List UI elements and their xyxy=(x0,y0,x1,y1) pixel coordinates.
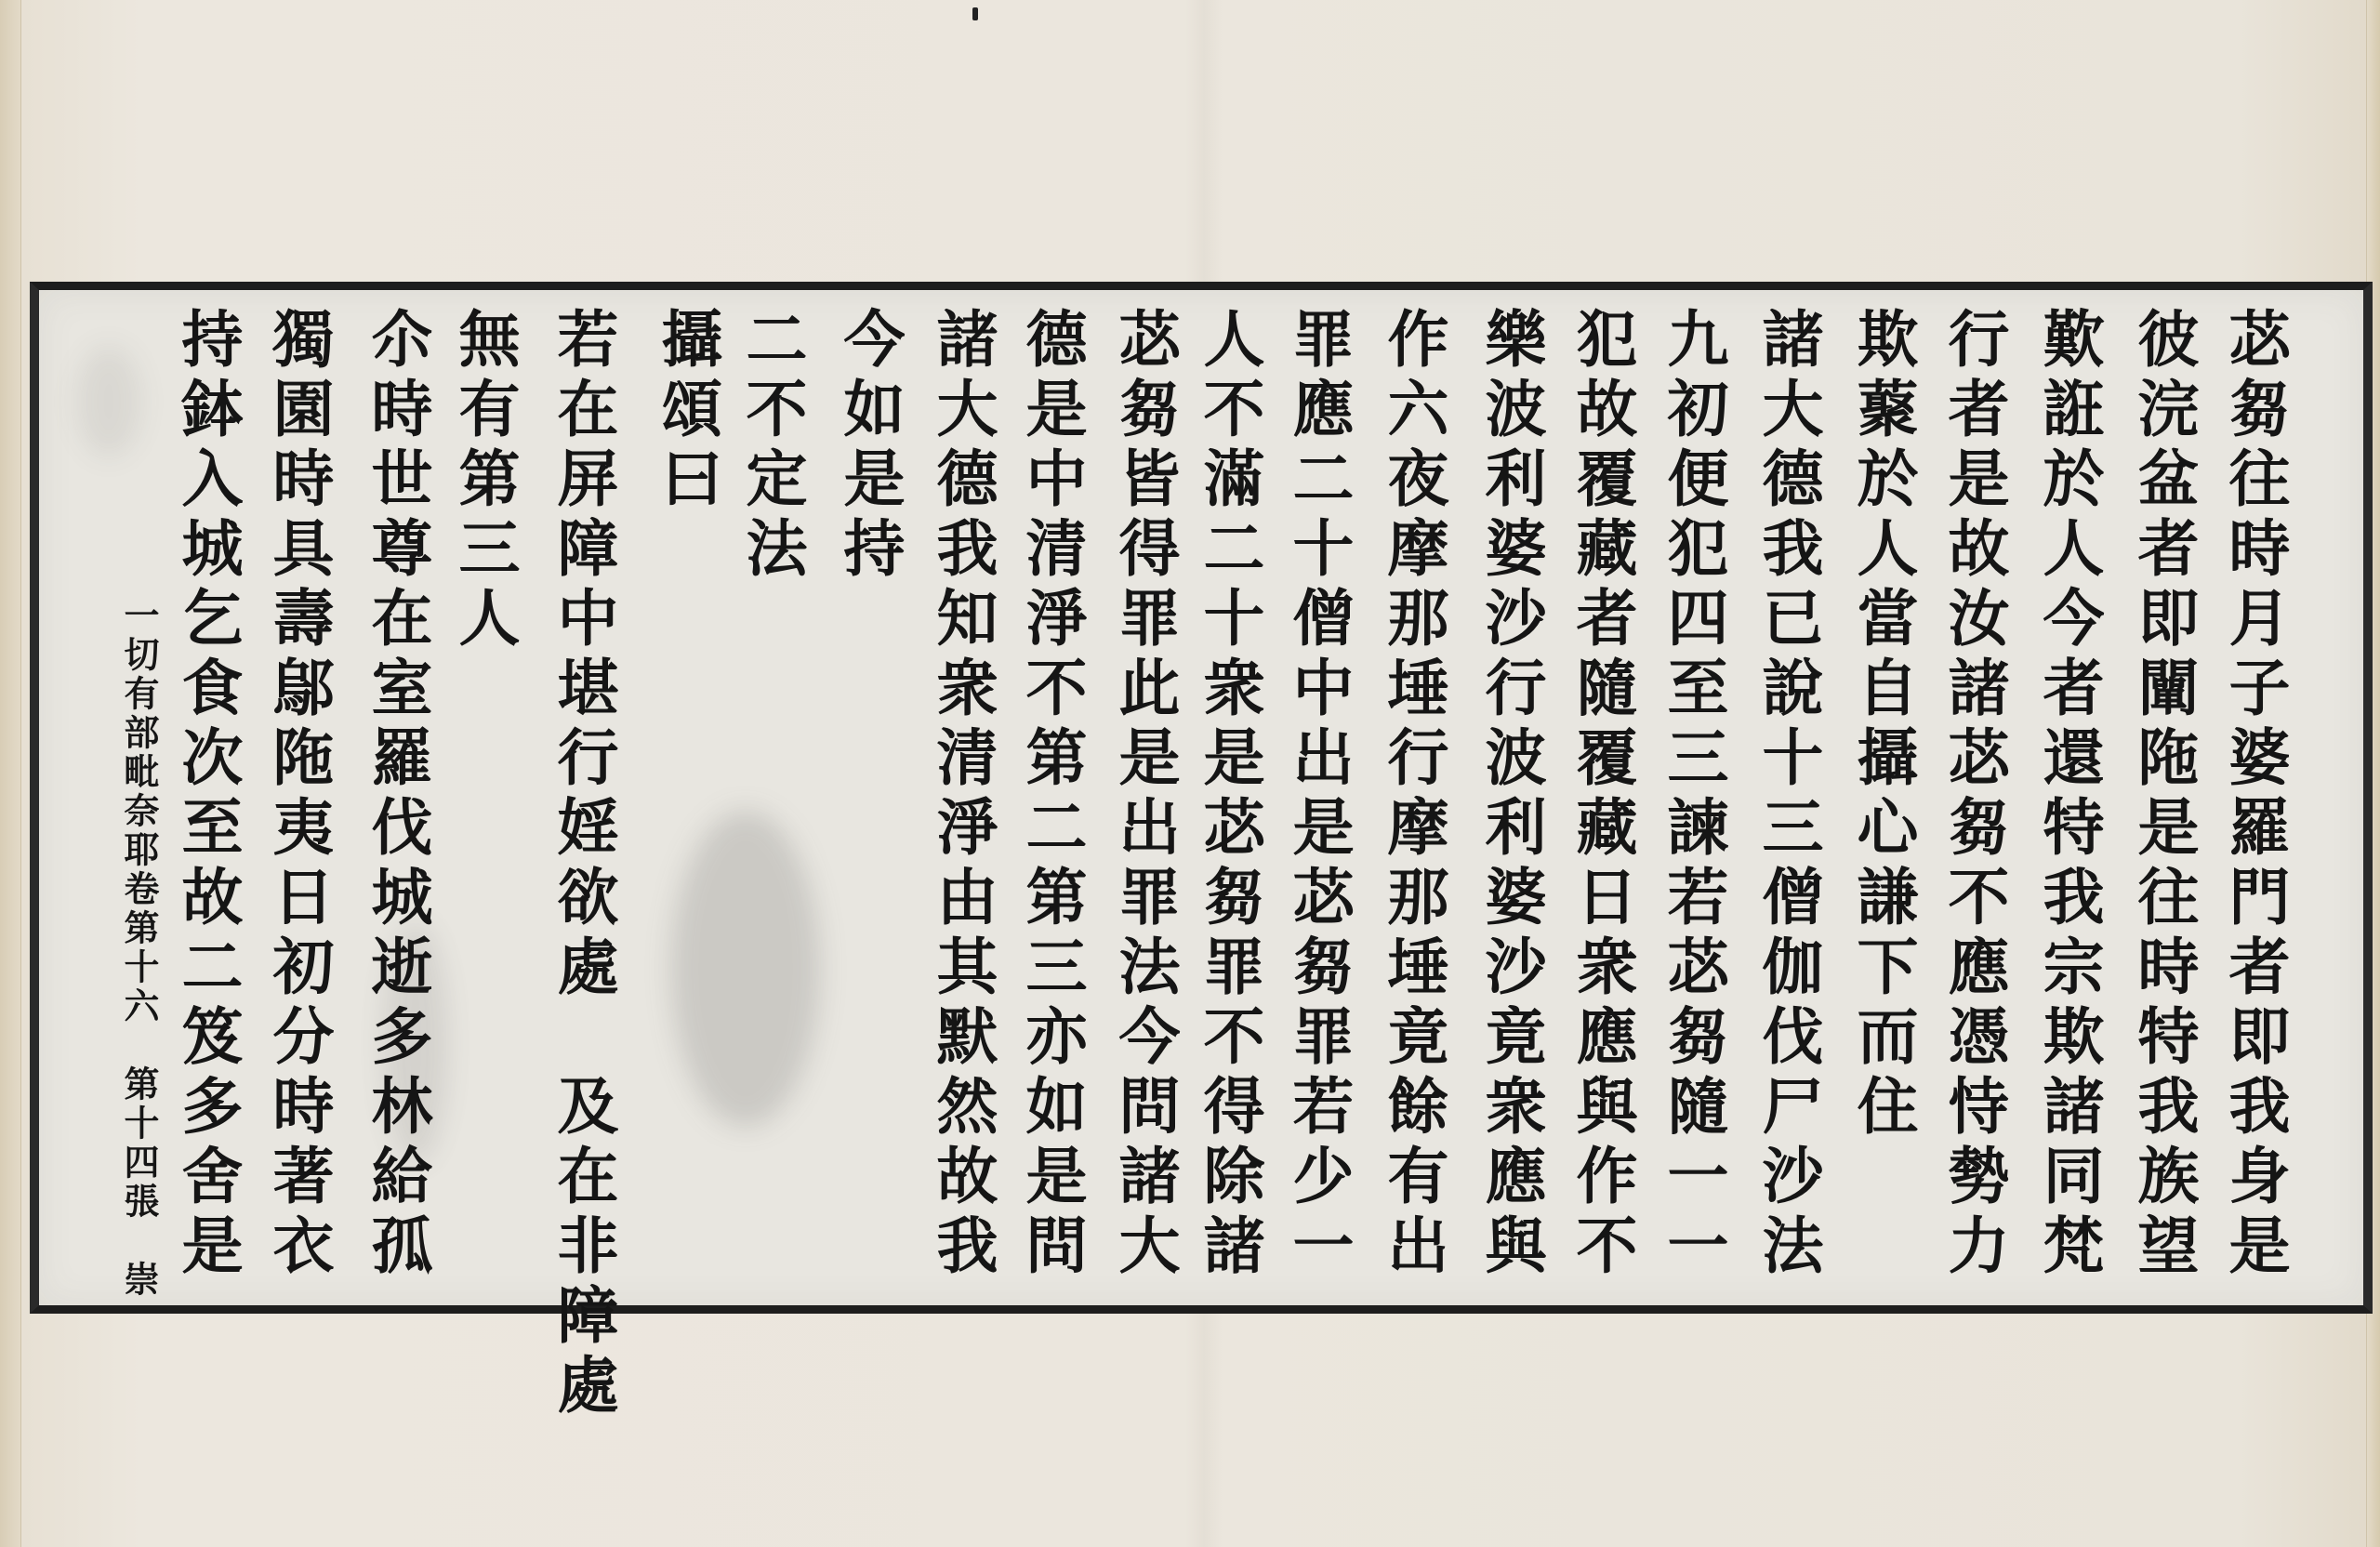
verse-heading: 攝頌曰 xyxy=(656,307,718,516)
verse-line-1: 若在屏障中堪行婬欲處 及在非障處 xyxy=(552,307,614,1422)
ink-smudge xyxy=(76,346,141,457)
text-column-22: 獨園時具壽鄔陁夷日初分時著衣 xyxy=(268,307,329,1283)
text-column-5: 欺藂於人當自攝心謙下而住 xyxy=(1852,307,1913,1144)
text-column-2: 彼浣盆者即闡陁是往時特我族望 xyxy=(2133,307,2194,1283)
text-column-15: 諸大德我知衆清淨由其默然故我 xyxy=(932,307,993,1283)
text-column-11: 罪應二十僧中出是苾芻罪若少一 xyxy=(1288,307,1349,1283)
text-column-10: 作六夜摩那埵行摩那埵竟餘有出 xyxy=(1382,307,1444,1283)
text-column-9: 樂波利婆沙行波利婆沙竟衆應與 xyxy=(1480,307,1541,1283)
text-column-13: 苾芻皆得罪此是出罪法今問諸大 xyxy=(1114,307,1175,1283)
margin-note: 一切有部毗奈耶卷第十六 第十四張 崇 xyxy=(121,597,156,1300)
text-column-1: 苾芻往時月子婆羅門者即我身是 xyxy=(2224,307,2285,1283)
text-column-16: 今如是持 xyxy=(839,307,900,586)
ink-smudge xyxy=(671,811,820,1127)
printed-text-block: 苾芻往時月子婆羅門者即我身是 彼浣盆者即闡陁是往時特我族望 歎誑於人今者還特我宗… xyxy=(30,282,2373,1314)
verse-line-2: 無有第三人 xyxy=(454,307,515,655)
text-column-7: 九初便犯四至三諫若苾芻隨一一 xyxy=(1662,307,1724,1283)
ink-speck xyxy=(972,7,978,20)
text-column-12: 人不滿二十衆是苾芻罪不得除諸 xyxy=(1198,307,1260,1283)
text-column-6: 諸大德我已說十三僧伽伐尸沙法 xyxy=(1757,307,1818,1283)
text-column-21: 尒時世尊在室羅伐城逝多林給孤 xyxy=(366,307,428,1283)
text-column-23: 持鉢入城乞食次至故二笈多舍是 xyxy=(177,307,238,1283)
text-column-8: 犯故覆藏者隨覆藏日衆應與作不 xyxy=(1571,307,1633,1283)
text-column-3: 歎誑於人今者還特我宗欺諸同梵 xyxy=(2038,307,2099,1283)
text-column-14: 德是中清淨不第二第三亦如是問 xyxy=(1021,307,1082,1283)
section-heading: 二不定法 xyxy=(741,307,802,586)
text-column-4: 行者是故汝諸苾芻不應憑恃勢力 xyxy=(1943,307,2004,1283)
book-left-edge xyxy=(0,0,21,1547)
